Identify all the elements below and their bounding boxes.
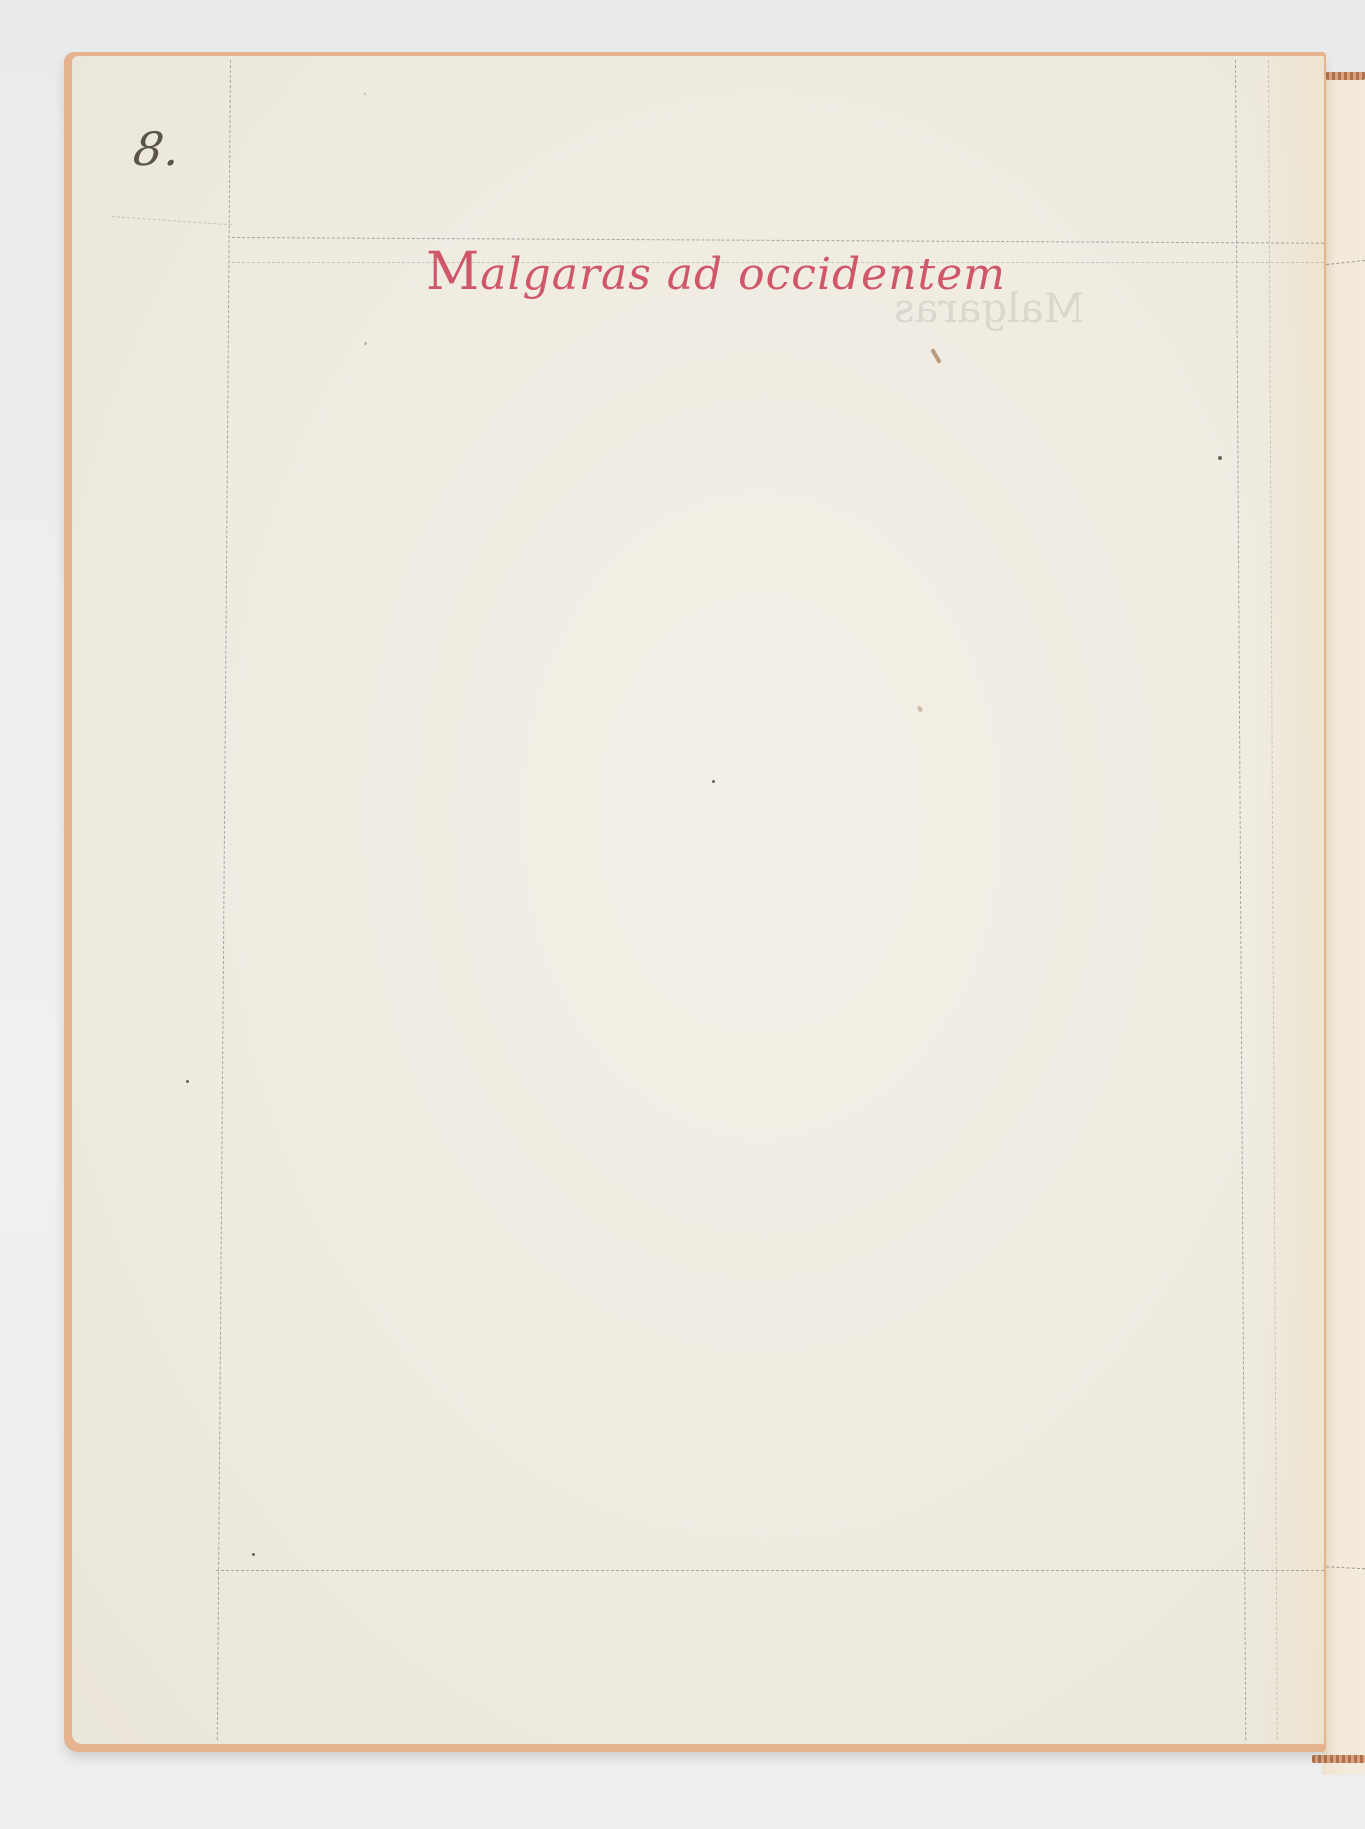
paper-stain bbox=[917, 705, 923, 712]
paper-speck bbox=[712, 780, 715, 783]
paper-speck bbox=[364, 342, 367, 345]
binding-stitch-bottom bbox=[1312, 1755, 1365, 1763]
paper-speck bbox=[252, 1553, 255, 1556]
gutter-shade bbox=[1254, 56, 1324, 1744]
title-initial: M bbox=[426, 242, 480, 302]
left-margin-rule bbox=[217, 60, 231, 1740]
footer-rule bbox=[216, 1570, 1324, 1571]
title-text: algaras ad occidentem bbox=[480, 249, 1006, 300]
right-margin-rule-inner bbox=[1235, 60, 1246, 1740]
folio-number: 8. bbox=[130, 122, 185, 176]
header-rule-corner-stroke bbox=[112, 216, 232, 225]
paper-speck bbox=[364, 93, 366, 95]
paper-speck bbox=[186, 1080, 189, 1083]
binding-stitch-top bbox=[1326, 72, 1365, 80]
adjacent-page-edge bbox=[1322, 72, 1365, 1775]
paper-stain bbox=[930, 348, 941, 364]
page-title: Malgaras ad occidentem bbox=[426, 242, 1006, 302]
paper-speck bbox=[1218, 456, 1222, 460]
manuscript-page: Malgaras 8. Malgaras ad occidentem bbox=[72, 56, 1324, 1744]
scan-scene: Malgaras 8. Malgaras ad occidentem bbox=[0, 0, 1365, 1829]
